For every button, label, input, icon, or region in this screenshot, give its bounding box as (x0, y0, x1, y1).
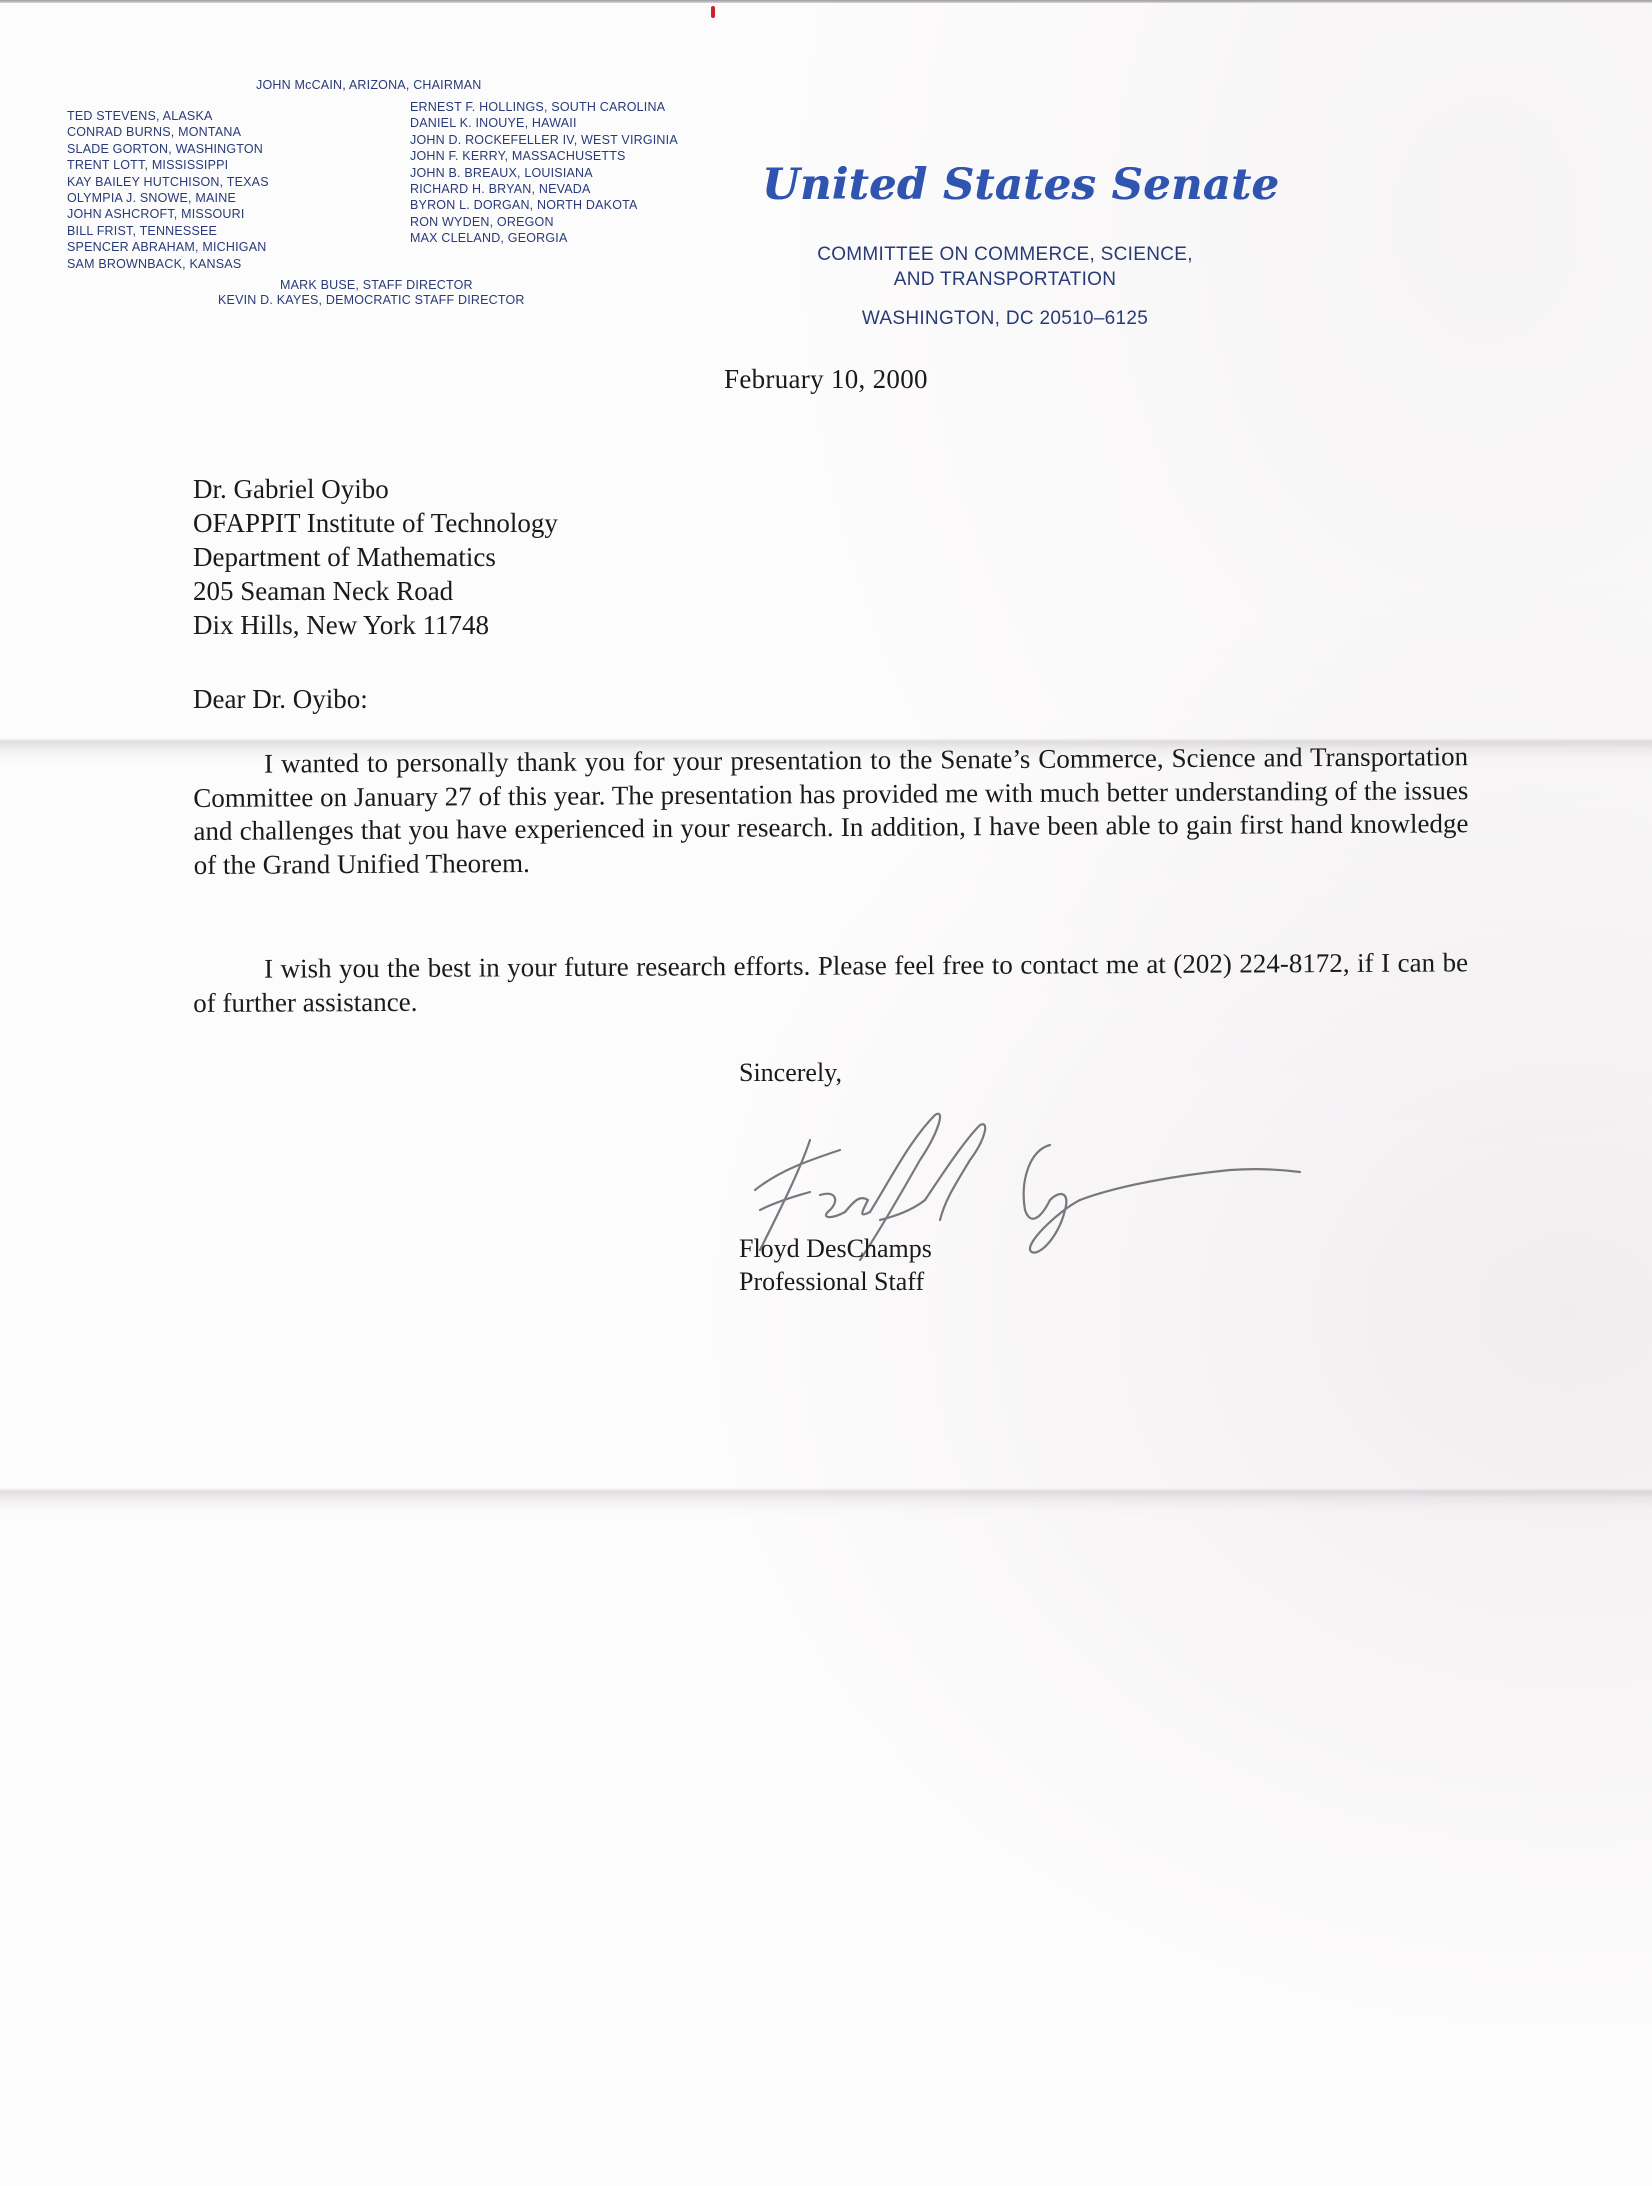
recipient-department: Department of Mathematics (193, 540, 558, 574)
majority-members-list: TED STEVENS, ALASKA CONRAD BURNS, MONTAN… (67, 108, 269, 272)
signature-block: Floyd DesChamps Professional Staff (739, 1232, 932, 1298)
recipient-city: Dix Hills, New York 11748 (193, 608, 558, 642)
letterhead-address: WASHINGTON, DC 20510–6125 (770, 308, 1240, 330)
recipient-institution: OFAPPIT Institute of Technology (193, 506, 558, 540)
signer-name: Floyd DesChamps (739, 1232, 932, 1265)
institution-title: United States Senate (762, 160, 1242, 210)
member-name: CONRAD BURNS, MONTANA (67, 124, 269, 140)
closing: Sincerely, (739, 1058, 842, 1088)
member-name: TRENT LOTT, MISSISSIPPI (67, 157, 269, 173)
salutation: Dear Dr. Oyibo: (193, 684, 368, 715)
recipient-street: 205 Seaman Neck Road (193, 574, 558, 608)
body-paragraph: I wish you the best in your future resea… (193, 946, 1468, 1020)
member-name: SAM BROWNBACK, KANSAS (67, 256, 269, 272)
fold-crease (0, 1488, 1652, 1518)
member-name: JOHN ASHCROFT, MISSOURI (67, 206, 269, 222)
staff-director: MARK BUSE, STAFF DIRECTOR (218, 278, 525, 293)
committee-chairman: JOHN McCAIN, ARIZONA, CHAIRMAN (256, 77, 481, 93)
paper-top-edge (0, 0, 1652, 3)
member-name: RON WYDEN, OREGON (410, 214, 678, 230)
letter-date: February 10, 2000 (724, 364, 928, 395)
staff-directors: MARK BUSE, STAFF DIRECTOR KEVIN D. KAYES… (218, 278, 525, 308)
committee-name-line: COMMITTEE ON COMMERCE, SCIENCE, (770, 242, 1240, 267)
member-name: BYRON L. DORGAN, NORTH DAKOTA (410, 197, 678, 213)
member-name: KAY BAILEY HUTCHISON, TEXAS (67, 174, 269, 190)
recipient-address-block: Dr. Gabriel Oyibo OFAPPIT Institute of T… (193, 472, 558, 642)
member-name: JOHN B. BREAUX, LOUISIANA (410, 165, 678, 181)
member-name: JOHN D. ROCKEFELLER IV, WEST VIRGINIA (410, 132, 678, 148)
member-name: MAX CLELAND, GEORGIA (410, 230, 678, 246)
member-name: BILL FRIST, TENNESSEE (67, 223, 269, 239)
member-name: DANIEL K. INOUYE, HAWAII (410, 115, 678, 131)
recipient-name: Dr. Gabriel Oyibo (193, 472, 558, 506)
member-name: JOHN F. KERRY, MASSACHUSETTS (410, 148, 678, 164)
minority-members-list: ERNEST F. HOLLINGS, SOUTH CAROLINA DANIE… (410, 99, 678, 247)
red-ink-mark (711, 6, 715, 18)
member-name: SPENCER ABRAHAM, MICHIGAN (67, 239, 269, 255)
member-name: SLADE GORTON, WASHINGTON (67, 141, 269, 157)
member-name: TED STEVENS, ALASKA (67, 108, 269, 124)
letter-page: JOHN McCAIN, ARIZONA, CHAIRMAN TED STEVE… (0, 0, 1652, 2186)
committee-name-line: AND TRANSPORTATION (770, 267, 1240, 292)
member-name: RICHARD H. BRYAN, NEVADA (410, 181, 678, 197)
body-paragraph: I wanted to personally thank you for you… (193, 740, 1469, 882)
democratic-staff-director: KEVIN D. KAYES, DEMOCRATIC STAFF DIRECTO… (218, 293, 525, 308)
member-name: ERNEST F. HOLLINGS, SOUTH CAROLINA (410, 99, 678, 115)
committee-name: COMMITTEE ON COMMERCE, SCIENCE, AND TRAN… (770, 242, 1240, 292)
member-name: OLYMPIA J. SNOWE, MAINE (67, 190, 269, 206)
signer-title: Professional Staff (739, 1265, 932, 1298)
